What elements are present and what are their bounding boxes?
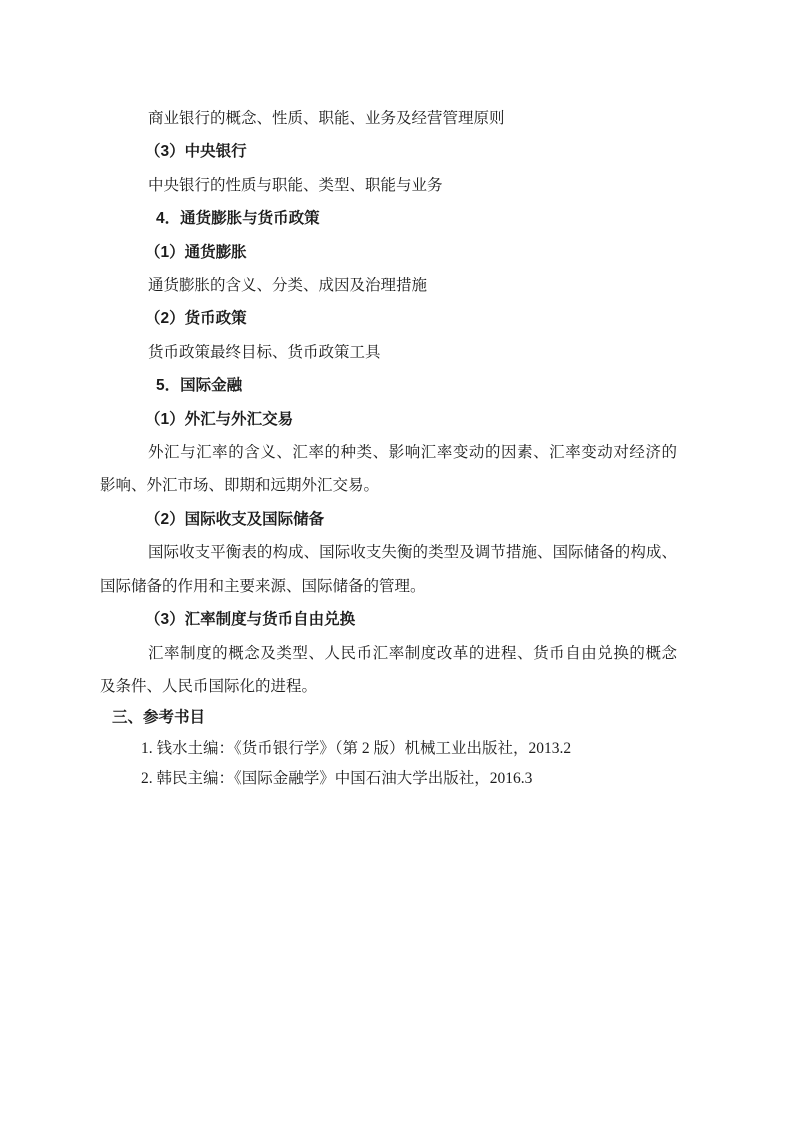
body-text-line: 通货膨胀的含义、分类、成因及治理措施 [100,269,677,302]
document-body: 商业银行的概念、性质、职能、业务及经营管理原则 （3）中央银行 中央银行的性质与… [100,102,677,794]
body-text-line: 及条件、人民币国际化的进程。 [100,670,677,703]
reference-item: 2. 韩民主编：《国际金融学》中国石油大学出版社，2016.3 [100,764,677,794]
subsection-heading: （2）货币政策 [100,302,677,335]
subsection-heading: （1）通货膨胀 [100,236,677,269]
subsection-heading: （3）汇率制度与货币自由兑换 [100,603,677,636]
reference-item: 1. 钱水土编：《货币银行学》（第 2 版）机械工业出版社，2013.2 [100,734,677,764]
body-text-line: 货币政策最终目标、货币政策工具 [100,336,677,369]
section-heading: 三、参考书目 [100,703,677,733]
numbered-heading: 5．国际金融 [100,369,677,402]
body-text-line: 国际储备的作用和主要来源、国际储备的管理。 [100,570,677,603]
body-text-line: 商业银行的概念、性质、职能、业务及经营管理原则 [100,102,677,135]
body-text-line: 外汇与汇率的含义、汇率的种类、影响汇率变动的因素、汇率变动对经济的 [100,436,677,469]
subsection-heading: （2）国际收支及国际储备 [100,503,677,536]
document-page: 商业银行的概念、性质、职能、业务及经营管理原则 （3）中央银行 中央银行的性质与… [0,0,793,1121]
subsection-heading: （3）中央银行 [100,135,677,168]
subsection-heading: （1）外汇与外汇交易 [100,403,677,436]
numbered-heading: 4．通货膨胀与货币政策 [100,202,677,235]
body-text-line: 汇率制度的概念及类型、人民币汇率制度改革的进程、货币自由兑换的概念 [100,637,677,670]
body-text-line: 中央银行的性质与职能、类型、职能与业务 [100,169,677,202]
body-text-line: 影响、外汇市场、即期和远期外汇交易。 [100,469,677,502]
body-text-line: 国际收支平衡表的构成、国际收支失衡的类型及调节措施、国际储备的构成、 [100,536,677,569]
